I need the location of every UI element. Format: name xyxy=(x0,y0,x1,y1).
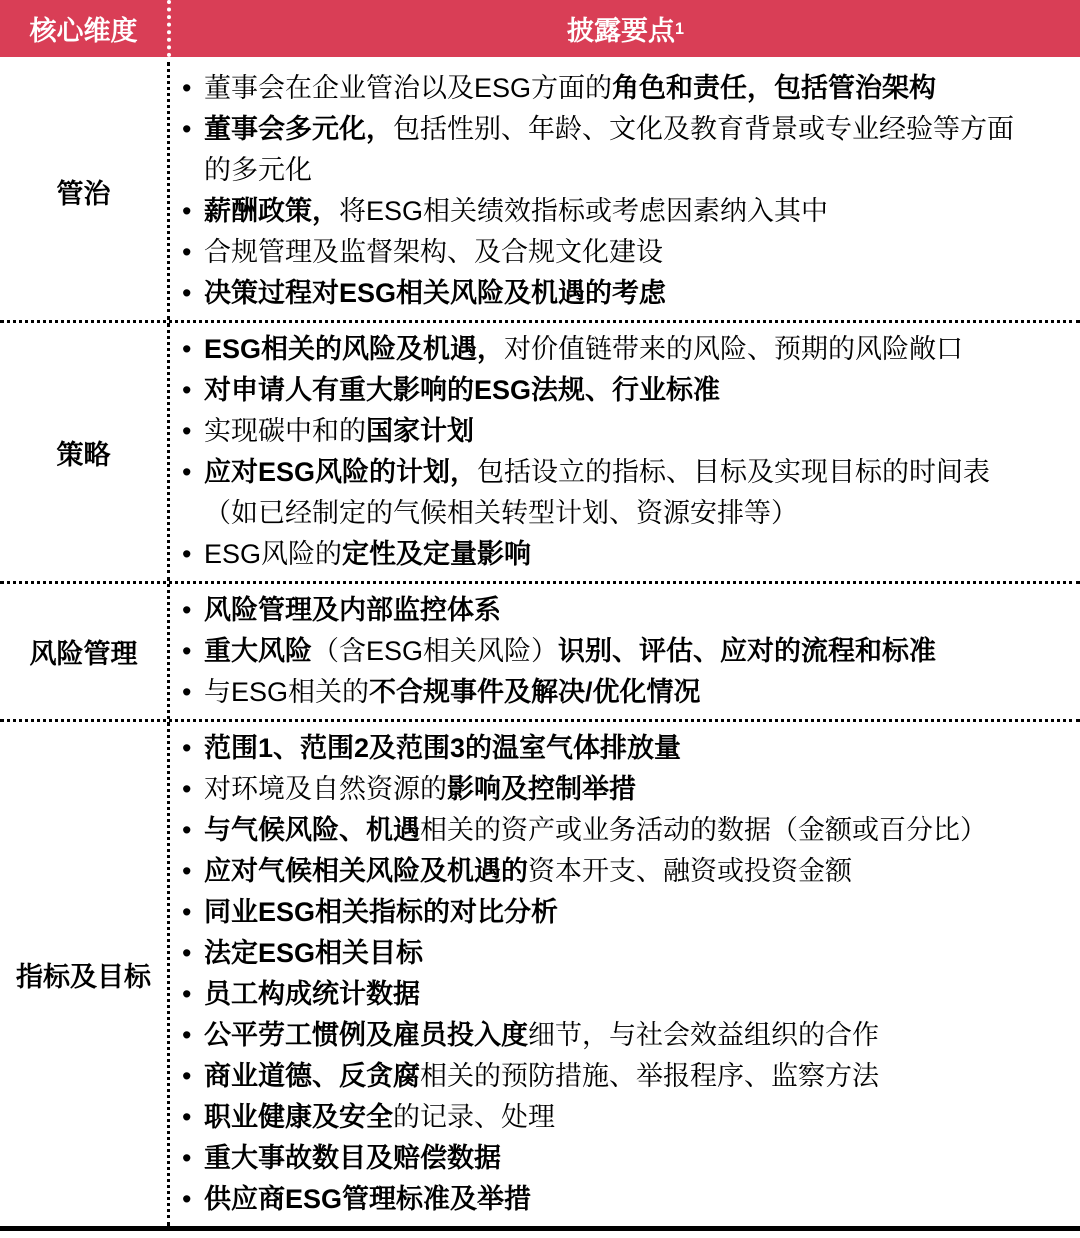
dimension-label: 指标及目标 xyxy=(16,955,151,994)
point-text-segment: 资本开支、融资或投资金额 xyxy=(528,856,852,886)
disclosure-point: •应对ESG风险的计划，包括设立的指标、目标及实现目标的时间表（如已经制定的气候… xyxy=(182,452,1074,534)
point-text-segment: 与ESG相关的 xyxy=(204,677,369,707)
point-text-segment: 对环境及自然资源的 xyxy=(204,774,447,804)
point-text-segment: 范围1、范围2及范围3的温室气体排放量 xyxy=(204,733,681,763)
disclosure-point: •与ESG相关的不合规事件及解决/优化情况 xyxy=(182,672,1074,713)
point-text-segment: 相关的预防措施、举报程序、监察方法 xyxy=(420,1061,879,1091)
disclosure-point: •与气候风险、机遇相关的资产或业务活动的数据（金额或百分比） xyxy=(182,810,1074,851)
points-cell: •风险管理及内部监控体系•重大风险（含ESG相关风险）识别、评估、应对的流程和标… xyxy=(167,584,1080,719)
points-cell: •ESG相关的风险及机遇，对价值链带来的风险、预期的风险敞口•对申请人有重大影响… xyxy=(167,323,1080,581)
point-text-segment: 的记录、处理 xyxy=(393,1102,555,1132)
disclosure-point: •重大风险（含ESG相关风险）识别、评估、应对的流程和标准 xyxy=(182,631,1074,672)
disclosure-point: •公平劳工惯例及雇员投入度细节，与社会效益组织的合作 xyxy=(182,1015,1074,1056)
bullet-icon: • xyxy=(182,370,204,411)
point-text-segment: 公平劳工惯例及雇员投入度 xyxy=(204,1020,528,1050)
point-text-segment: ESG风险的 xyxy=(204,539,342,569)
bullet-icon: • xyxy=(182,68,204,109)
bullet-icon: • xyxy=(182,810,204,851)
disclosure-point: •对申请人有重大影响的ESG法规、行业标准 xyxy=(182,370,1074,411)
disclosure-point: •董事会多元化，包括性别、年龄、文化及教育背景或专业经验等方面的多元化 xyxy=(182,109,1074,191)
disclosure-point: •应对气候相关风险及机遇的资本开支、融资或投资金额 xyxy=(182,851,1074,892)
disclosure-point: •职业健康及安全的记录、处理 xyxy=(182,1097,1074,1138)
point-text-segment: 重大风险 xyxy=(204,636,312,666)
bullet-icon: • xyxy=(182,534,204,575)
disclosure-point: •对环境及自然资源的影响及控制举措 xyxy=(182,769,1074,810)
point-text-segment: 相关的资产或业务活动的数据（金额或百分比） xyxy=(420,815,987,845)
bullet-icon: • xyxy=(182,273,204,314)
bullet-icon: • xyxy=(182,590,204,631)
disclosure-point: •员工构成统计数据 xyxy=(182,974,1074,1015)
point-text-segment: 员工构成统计数据 xyxy=(204,979,420,1009)
point-text-segment: 风险管理及内部监控体系 xyxy=(204,595,501,625)
point-text-segment: 包括性别、年龄、文化及教育背景或专业经验等方面 xyxy=(393,114,1014,144)
point-text-segment: 应对气候相关风险及机遇的 xyxy=(204,856,528,886)
point-text-segment: 国家计划 xyxy=(366,416,474,446)
bullet-icon: • xyxy=(182,933,204,974)
disclosure-point: •供应商ESG管理标准及举措 xyxy=(182,1179,1074,1220)
disclosure-point: •商业道德、反贪腐相关的预防措施、举报程序、监察方法 xyxy=(182,1056,1074,1097)
esg-disclosure-table: 核心维度 披露要点1 管治 •董事会在企业管治以及ESG方面的角色和责任，包括管… xyxy=(0,0,1080,1231)
point-text-segment: 细节，与社会效益组织的合作 xyxy=(528,1020,879,1050)
header-disclosure-points-label: 披露要点 xyxy=(567,9,675,48)
point-text-segment: 薪酬政策， xyxy=(204,196,339,226)
disclosure-point: •董事会在企业管治以及ESG方面的角色和责任，包括管治架构 xyxy=(182,68,1074,109)
disclosure-point: •薪酬政策，将ESG相关绩效指标或考虑因素纳入其中 xyxy=(182,191,1074,232)
bullet-icon: • xyxy=(182,631,204,672)
bullet-icon: • xyxy=(182,232,204,273)
bullet-icon: • xyxy=(182,1179,204,1220)
point-text-segment: 与气候风险、机遇 xyxy=(204,815,420,845)
bullet-icon: • xyxy=(182,1097,204,1138)
point-text-segment: （如已经制定的气候相关转型计划、资源安排等） xyxy=(204,498,798,528)
point-text-segment: 不合规事件及解决/优化情况 xyxy=(369,677,701,707)
dimension-cell: 策略 xyxy=(0,323,167,581)
point-text-segment: 将ESG相关绩效指标或考虑因素纳入其中 xyxy=(339,196,828,226)
point-text-segment: 董事会在企业管治以及ESG方面的 xyxy=(204,73,612,103)
point-text-segment: 定性及定量影响 xyxy=(342,539,531,569)
dimension-label: 策略 xyxy=(57,433,111,472)
point-text-segment: 角色和责任，包括管治架构 xyxy=(612,73,936,103)
disclosure-point: •ESG相关的风险及机遇，对价值链带来的风险、预期的风险敞口 xyxy=(182,329,1074,370)
disclosure-point: •法定ESG相关目标 xyxy=(182,933,1074,974)
point-text-segment: 合规管理及监督架构、及合规文化建设 xyxy=(204,237,663,267)
dimension-cell: 指标及目标 xyxy=(0,722,167,1226)
bullet-icon: • xyxy=(182,411,204,452)
disclosure-point: •实现碳中和的国家计划 xyxy=(182,411,1074,452)
table-row: 指标及目标 •范围1、范围2及范围3的温室气体排放量•对环境及自然资源的影响及控… xyxy=(0,719,1080,1226)
disclosure-point: •风险管理及内部监控体系 xyxy=(182,590,1074,631)
dimension-label: 风险管理 xyxy=(30,632,138,671)
bullet-icon: • xyxy=(182,728,204,769)
header-disclosure-points: 披露要点1 xyxy=(167,0,1080,57)
point-text-segment: 包括设立的指标、目标及实现目标的时间表 xyxy=(477,457,990,487)
bullet-icon: • xyxy=(182,769,204,810)
bullet-icon: • xyxy=(182,892,204,933)
point-text-segment: 同业ESG相关指标的对比分析 xyxy=(204,897,558,927)
table-header: 核心维度 披露要点1 xyxy=(0,0,1080,57)
disclosure-point: •重大事故数目及赔偿数据 xyxy=(182,1138,1074,1179)
dimension-cell: 管治 xyxy=(0,62,167,320)
disclosure-point: •合规管理及监督架构、及合规文化建设 xyxy=(182,232,1074,273)
point-text-segment: 重大事故数目及赔偿数据 xyxy=(204,1143,501,1173)
bullet-icon: • xyxy=(182,452,204,493)
table-row: 管治 •董事会在企业管治以及ESG方面的角色和责任，包括管治架构•董事会多元化，… xyxy=(0,62,1080,320)
point-text-segment: 识别、评估、应对的流程和标准 xyxy=(558,636,936,666)
bullet-icon: • xyxy=(182,1015,204,1056)
dimension-cell: 风险管理 xyxy=(0,584,167,719)
disclosure-point: •ESG风险的定性及定量影响 xyxy=(182,534,1074,575)
bullet-icon: • xyxy=(182,191,204,232)
table-row: 风险管理 •风险管理及内部监控体系•重大风险（含ESG相关风险）识别、评估、应对… xyxy=(0,581,1080,719)
bullet-icon: • xyxy=(182,851,204,892)
point-text-segment: 决策过程对ESG相关风险及机遇的考虑 xyxy=(204,278,666,308)
points-cell: •范围1、范围2及范围3的温室气体排放量•对环境及自然资源的影响及控制举措•与气… xyxy=(167,722,1080,1226)
bullet-icon: • xyxy=(182,1056,204,1097)
header-core-dimension: 核心维度 xyxy=(0,0,167,57)
bullet-icon: • xyxy=(182,672,204,713)
point-text-segment: 实现碳中和的 xyxy=(204,416,366,446)
point-text-segment: 影响及控制举措 xyxy=(447,774,636,804)
table-body: 管治 •董事会在企业管治以及ESG方面的角色和责任，包括管治架构•董事会多元化，… xyxy=(0,62,1080,1226)
point-text-segment: 应对ESG风险的计划， xyxy=(204,457,477,487)
table-row: 策略 •ESG相关的风险及机遇，对价值链带来的风险、预期的风险敞口•对申请人有重… xyxy=(0,320,1080,581)
bullet-icon: • xyxy=(182,1138,204,1179)
bullet-icon: • xyxy=(182,109,204,150)
point-text-segment: 对价值链带来的风险、预期的风险敞口 xyxy=(504,334,963,364)
point-text-segment: ESG相关的风险及机遇， xyxy=(204,334,504,364)
bullet-icon: • xyxy=(182,329,204,370)
point-text-segment: 职业健康及安全 xyxy=(204,1102,393,1132)
point-text-segment: 法定ESG相关目标 xyxy=(204,938,423,968)
dimension-label: 管治 xyxy=(57,172,111,211)
disclosure-point: •同业ESG相关指标的对比分析 xyxy=(182,892,1074,933)
point-text-segment: （含ESG相关风险） xyxy=(312,636,558,666)
disclosure-point: •范围1、范围2及范围3的温室气体排放量 xyxy=(182,728,1074,769)
point-text-segment: 的多元化 xyxy=(204,155,312,185)
disclosure-point: •决策过程对ESG相关风险及机遇的考虑 xyxy=(182,273,1074,314)
point-text-segment: 对申请人有重大影响的ESG法规、行业标准 xyxy=(204,375,720,405)
point-text-segment: 董事会多元化， xyxy=(204,114,393,144)
point-text-segment: 商业道德、反贪腐 xyxy=(204,1061,420,1091)
bullet-icon: • xyxy=(182,974,204,1015)
points-cell: •董事会在企业管治以及ESG方面的角色和责任，包括管治架构•董事会多元化，包括性… xyxy=(167,62,1080,320)
point-text-segment: 供应商ESG管理标准及举措 xyxy=(204,1184,531,1214)
